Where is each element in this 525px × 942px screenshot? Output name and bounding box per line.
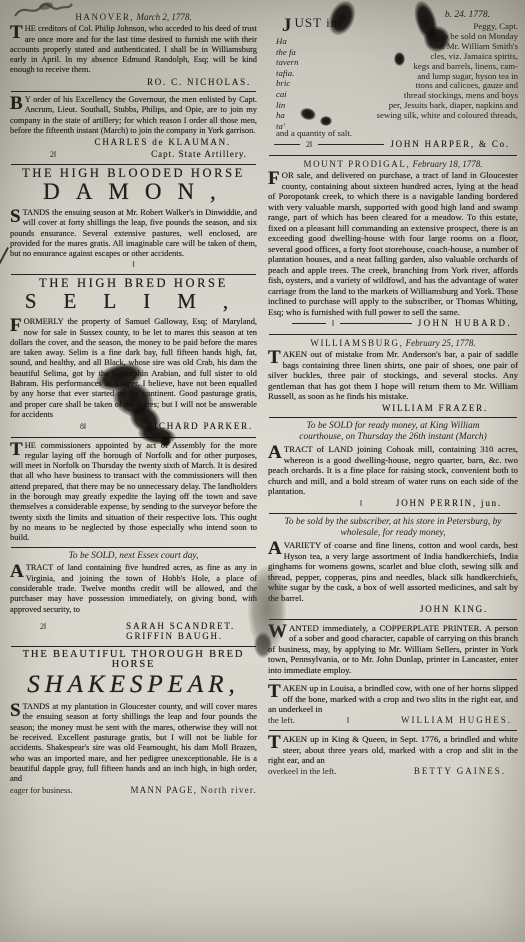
newspaper-page: HANOVER, March 2, 1778. THE creditors of… [0,0,525,942]
ad-horse-selim: THE HIGH BRED HORSE SELIM, FORMERLY the … [10,278,257,433]
ad-taken-up-louisa: TAKEN up in Louisa, a brindled cow, with… [268,683,518,726]
dateline-date: February 25, 1778. [406,338,476,348]
ad-text-end: the left. [268,715,295,726]
signature-row: ‖ JOHN HUBARD. [268,318,518,330]
torn-right-fragments: Peggy, Capt. to be sold on Monday at Mr.… [322,22,518,121]
tally-mark: ‖ [360,499,362,510]
ad-king-william-land: To be SOLD for ready money, at King Will… [268,421,518,509]
signature-title: Capt. State Artillery. [151,149,257,159]
dateline: HANOVER, March 2, 1778. [10,12,257,23]
ad-heading-big: SHAKESPEAR, [10,671,257,699]
torn-ad-region: b. 24. 1778. JUST im Ha the fa tavern ta… [268,8,518,138]
ad-heading-big: DAMON, [18,179,257,205]
tally-mark: ‖ [332,319,334,330]
ad-artillery-order: BY order of his Excellency the Governour… [10,95,257,160]
ad-text: AKEN up in Louisa, a brindled cow, with … [268,683,518,714]
signature: JOHN KING. [268,604,518,615]
signature: MANN PAGE, North river. [130,785,257,795]
margin-pen-mark [0,247,9,267]
signature: RICHARD PARKER. [146,421,257,431]
ad-text: Y order of his Excellency the Governour,… [10,95,257,135]
ad-text: TRACT of LAND joining Cohoak mill, conta… [268,444,518,496]
ad-text: HE creditors of Col. Philip Johnson, who… [10,24,257,74]
signature: RO. C. NICHOLAS. [10,77,257,87]
ad-body: BY order of his Excellency the Governour… [10,95,257,136]
dateline: MOUNT PRODIGAL, February 18, 1778. [268,159,518,170]
signature: GRIFFIN BAUGH. [126,631,235,641]
signature-row: 8‖ RICHARD PARKER. [10,421,257,432]
ad-copperplate-printer-wanted: WANTED immediately, a COPPERPLATE PRINTE… [268,623,518,676]
tally-mark: 8‖ [80,422,86,432]
signature-row: overkeel in the left. BETTY GAINES. [268,766,518,777]
drop-cap: F [10,318,22,333]
drop-cap: S [10,703,21,718]
drop-cap: A [268,445,282,460]
ad-body: FORMERLY the property of Samuel Galloway… [10,317,257,420]
signature-row: eager for business. MANN PAGE, North riv… [10,785,257,796]
signature-row: 2‖ JOHN HARPER, & Co. [268,139,518,151]
ad-creditors-notice: HANOVER, March 2, 1778. THE creditors of… [10,12,257,87]
drop-cap: T [10,442,23,457]
dateline: WILLIAMSBURG, February 25, 1778. [268,338,518,349]
signature: JOHN PERRIN, jun. [396,498,518,509]
signature: WILLIAM HUGHES. [401,715,518,726]
dateline-place: MOUNT PRODIGAL, [303,159,410,169]
signature: JOHN HUBARD. [418,318,518,329]
divider-rule [269,417,517,418]
ad-essex-land-sale: To be SOLD, next Essex court day, ATRACT… [10,551,257,641]
divider-rule [11,437,256,438]
divider-rule [11,547,256,548]
ad-heading-small: THE HIGH BRED HORSE [10,278,257,288]
signature: BETTY GAINES. [414,766,518,777]
ad-petersburg-store: To be sold by the subscriber, at his sto… [268,517,518,615]
ad-body: STANDS at my plantation in Gloucester co… [10,702,257,784]
divider-rule [269,730,517,731]
signature: SARAH SCANDRET. [126,621,235,631]
signature: JOHN HARPER, & Co. [390,139,518,150]
ad-mount-prodigal-land: MOUNT PRODIGAL, February 18, 1778. FOR s… [268,159,518,330]
ad-heading-small: THE HIGH BLOODED HORSE [10,168,257,178]
signature-row: 2‖ SARAH SCANDRET. GRIFFIN BAUGH. [10,616,257,642]
drop-cap: A [268,541,282,556]
ad-norfolk-commissioners: THE commissioners appointed by act of As… [10,441,257,544]
drop-cap: A [10,564,24,579]
ad-taken-up-king-queen: TAKEN up in King & Queen, in Sept. 1776,… [268,734,518,776]
ad-body: TAKEN up in King & Queen, in Sept. 1776,… [268,734,518,766]
ad-text: OR sale, and delivered on purchase, a tr… [268,170,518,317]
dateline-place: WILLIAMSBURG, [310,338,403,348]
divider-rule [11,164,256,165]
ad-horse-damon: THE HIGH BLOODED HORSE DAMON, STANDS the… [10,168,257,270]
drop-cap: B [10,96,23,111]
left-column: HANOVER, March 2, 1778. THE creditors of… [10,10,257,798]
ad-text: ORMERLY the property of Samuel Galloway,… [10,317,257,419]
ad-text: AKEN out of mistake from Mr. Anderson's … [268,349,518,401]
ad-italic-header: To be SOLD for ready money, at King Will… [272,421,514,443]
ad-text: HE commissioners appointed by act of Ass… [10,441,257,543]
ad-text: ANTED immediately, a COPPERPLATE PRINTER… [268,623,518,675]
divider-rule [11,274,256,275]
drop-cap: J [282,18,293,33]
ad-text: TRACT of land containing five hundred ac… [10,563,257,613]
divider-rule [269,679,517,680]
tally-mark: ‖ [347,716,349,727]
drop-cap: T [10,25,23,40]
tally-mark: ‖ [10,260,257,270]
dateline-place: HANOVER, [75,12,134,22]
ad-body: ATRACT of LAND joining Cohoak mill, cont… [268,444,518,497]
drop-cap: T [268,735,281,750]
signature-row: the left. ‖ WILLIAM HUGHES. [268,715,518,727]
right-column: b. 24. 1778. JUST im Ha the fa tavern ta… [268,8,518,778]
ad-heading-small: THE BEAUTIFUL THOROUGH BRED HORSE [10,650,257,671]
signature: CHARLES de KLAUMAN. [10,137,257,147]
ad-text: AKEN up in King & Queen, in Sept. 1776, … [268,734,518,765]
ad-text: VARIETY of coarse and fine linens, cotto… [268,540,518,603]
ad-body: TAKEN up in Louisa, a brindled cow, with… [268,683,518,715]
ad-body: ATRACT of land containing five hundred a… [10,563,257,614]
drop-cap: S [10,209,21,224]
ad-body: STANDS the ensuing season at Mr. Robert … [10,208,257,259]
signature-row: ‖ JOHN PERRIN, jun. [268,498,518,510]
dateline-date: March 2, 1778. [136,12,191,22]
drop-cap: T [268,350,281,365]
divider-rule [269,619,517,620]
signature: WILLIAM FRAZER. [268,403,518,414]
ad-saddle-bags-notice: WILLIAMSBURG, February 25, 1778. TAKEN o… [268,338,518,414]
tally-mark: 2‖ [50,150,56,160]
ad-harper-imported-goods: b. 24. 1778. JUST im Ha the fa tavern ta… [268,8,518,151]
ad-body: THE creditors of Col. Philip Johnson, wh… [10,24,257,75]
torn-left-fragments: Ha the fa tavern tafia. bric cai lin ha … [276,36,298,131]
drop-cap: W [268,624,287,639]
divider-rule [269,155,517,156]
signature-row: 2‖ Capt. State Artillery. [10,149,257,160]
ad-italic-header: To be SOLD, next Essex court day, [14,551,253,562]
ad-text-end: eager for business. [10,786,73,796]
tally-mark: 2‖ [306,140,312,151]
signature-block: SARAH SCANDRET. GRIFFIN BAUGH. [126,621,257,642]
tally-mark: 2‖ [40,622,46,632]
ad-body: AVARIETY of coarse and fine linens, cott… [268,540,518,603]
dateline-date: b. 24. 1778. [445,10,490,21]
ad-body: TAKEN out of mistake from Mr. Anderson's… [268,349,518,402]
ad-italic-header: To be sold by the subscriber, at his sto… [272,517,514,539]
drop-cap: F [268,171,280,186]
ad-text-end: and a quantity of salt. [276,128,352,139]
drop-cap: T [268,684,281,699]
dateline-date: February 18, 1778. [413,159,483,169]
ad-body: WANTED immediately, a COPPERPLATE PRINTE… [268,623,518,676]
ad-body: FOR sale, and delivered on purchase, a t… [268,170,518,317]
divider-rule [11,646,256,647]
divider-rule [11,91,256,92]
ad-text-end: overkeel in the left. [268,766,336,777]
ad-text: TANDS at my plantation in Gloucester cou… [10,702,257,783]
ad-body: THE commissioners appointed by act of As… [10,441,257,544]
ad-heading-big: SELIM, [23,289,257,314]
divider-rule [269,513,517,514]
divider-rule [269,334,517,335]
ad-text: TANDS the ensuing season at Mr. Robert W… [10,208,257,258]
ad-horse-shakespear: THE BEAUTIFUL THOROUGH BRED HORSE SHAKES… [10,650,257,796]
